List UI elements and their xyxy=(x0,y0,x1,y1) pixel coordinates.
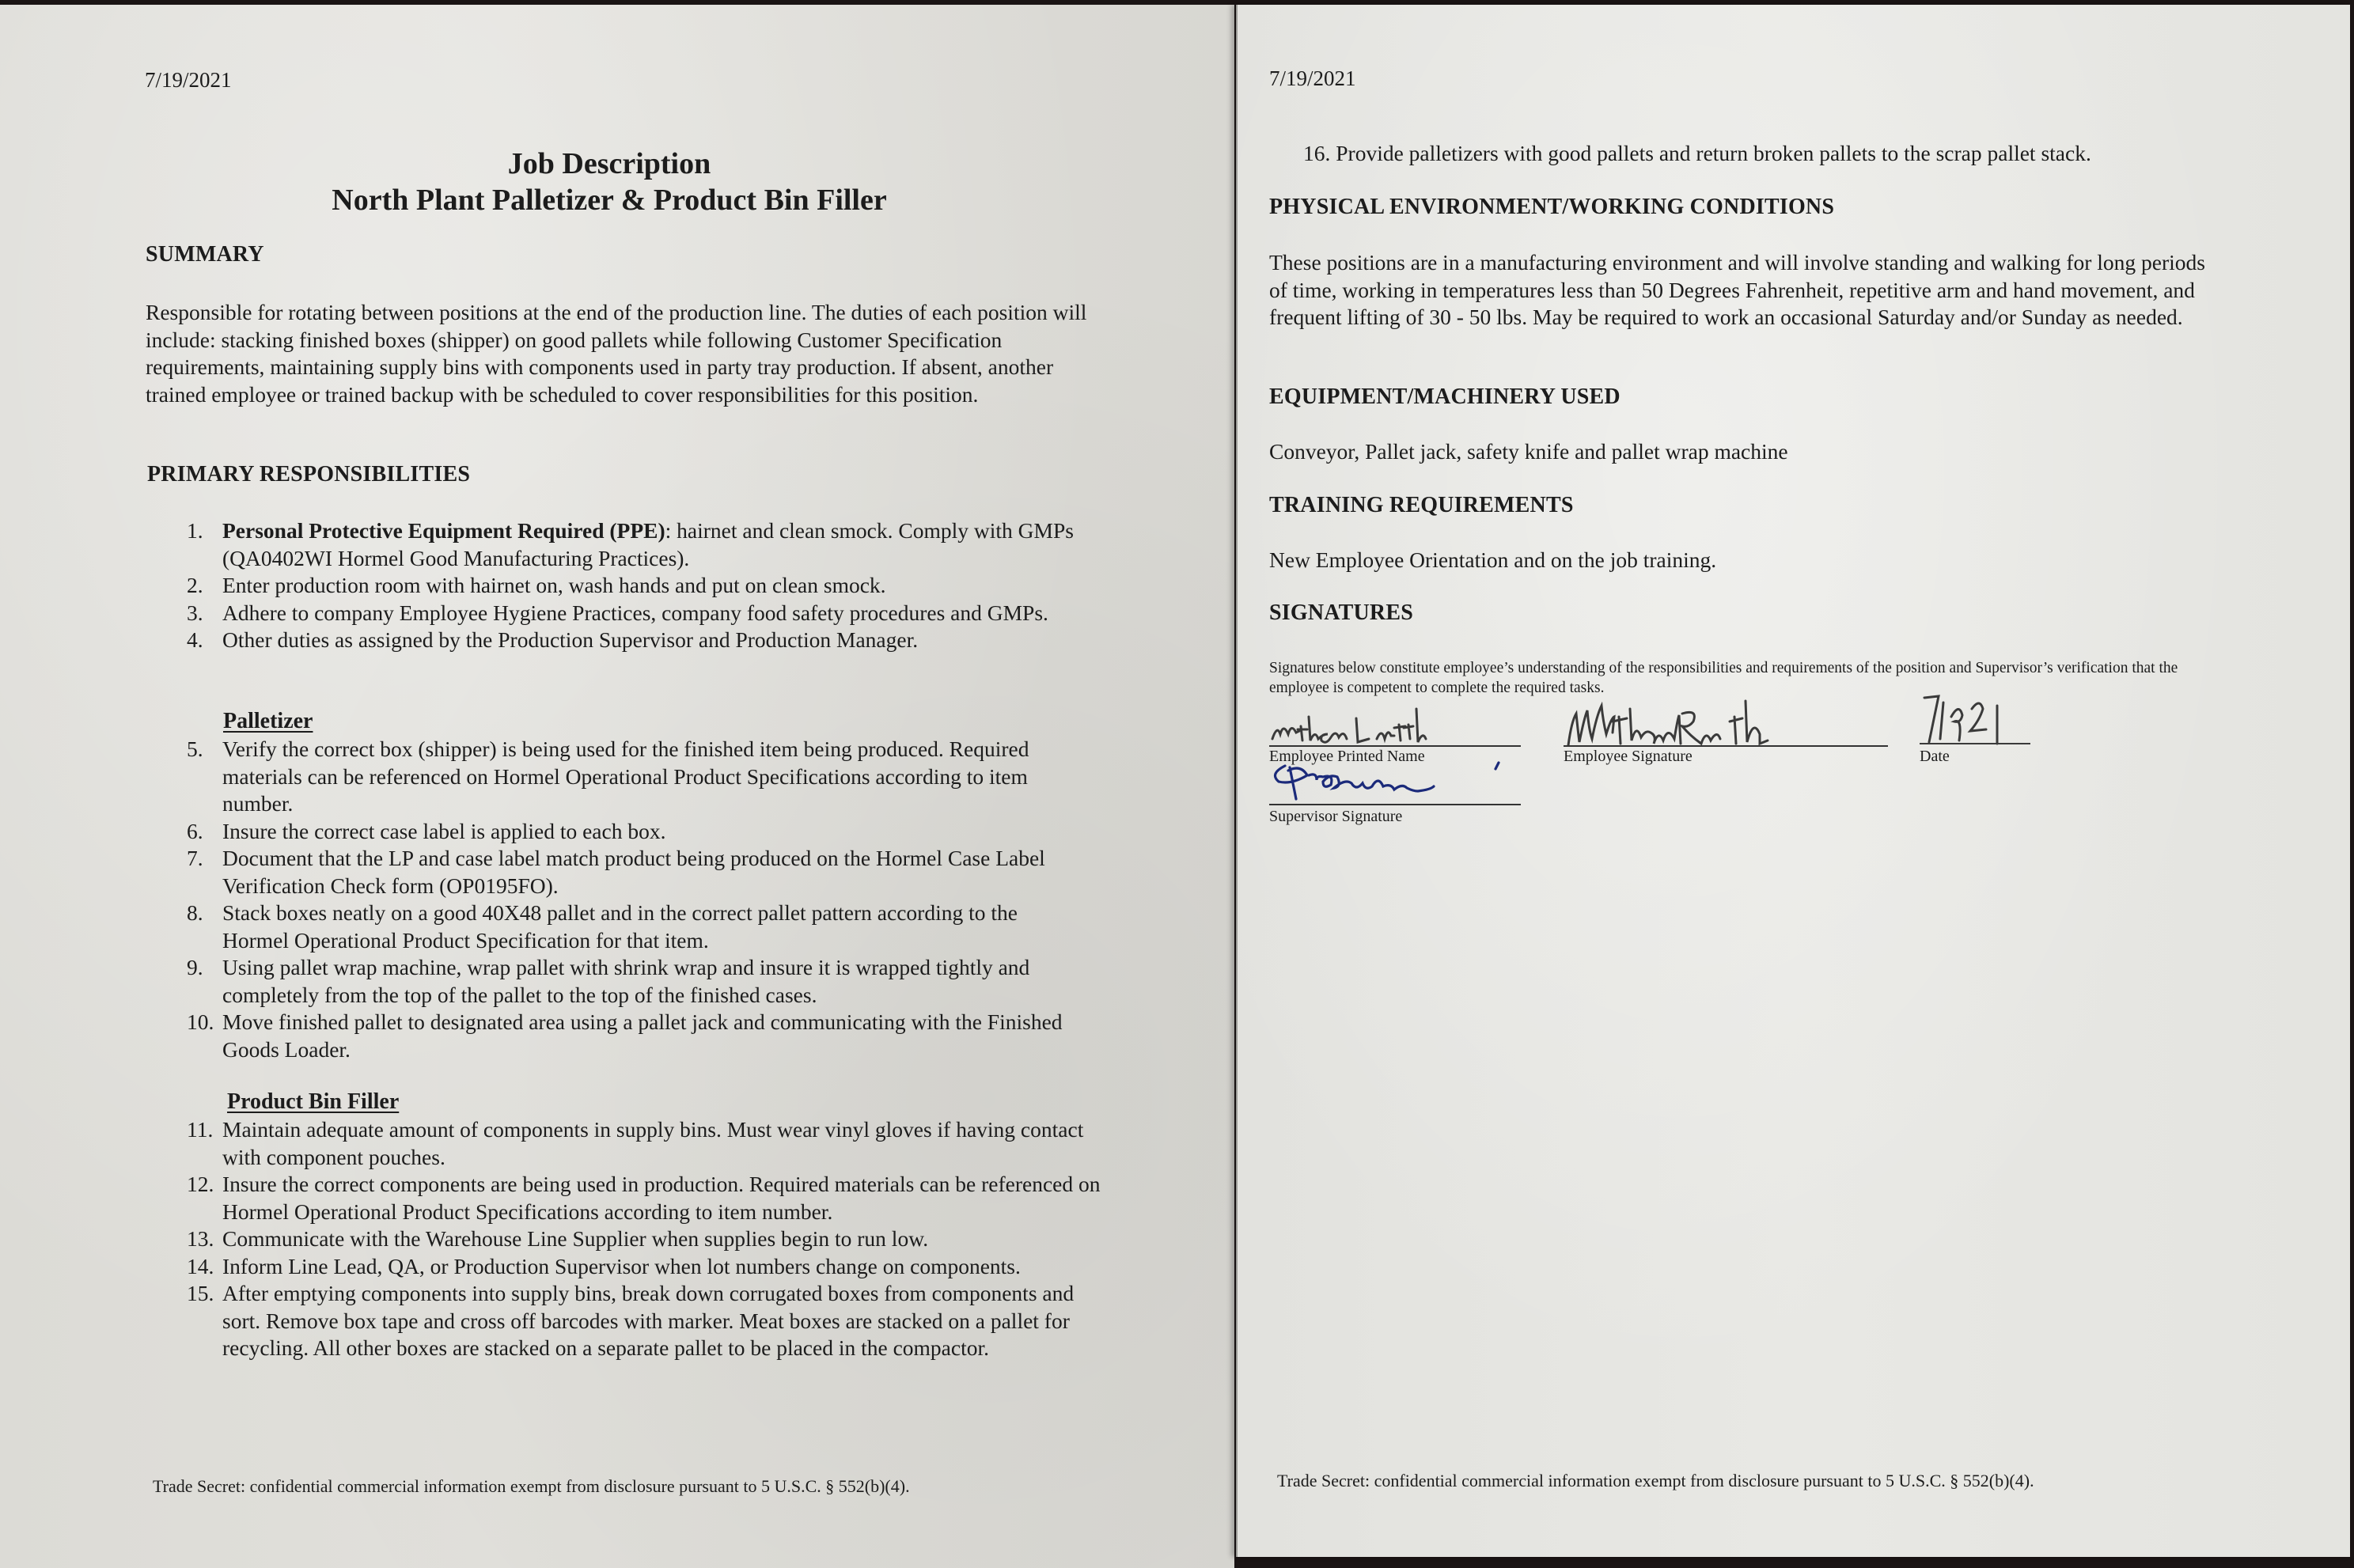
item-text: Move finished pallet to designated area … xyxy=(222,1009,1063,1062)
date-label: Date xyxy=(1920,748,1950,766)
responsibility-item: 3.Adhere to company Employee Hygiene Pra… xyxy=(187,600,1089,627)
responsibility-item: 4.Other duties as assigned by the Produc… xyxy=(187,627,1089,654)
summary-text: Responsible for rotating between positio… xyxy=(146,299,1103,408)
signatures-heading: SIGNATURES xyxy=(1269,600,1413,626)
item-number: 6. xyxy=(187,818,203,846)
document-subtitle: North Plant Palletizer & Product Bin Fil… xyxy=(0,182,1219,218)
responsibility-item-16: 16. Provide palletizers with good pallet… xyxy=(1303,141,2091,166)
item-number: 3. xyxy=(187,600,203,627)
bin-filler-responsibilities-list: 11.Maintain adequate amount of component… xyxy=(187,1116,1105,1362)
responsibility-item: 15.After emptying components into supply… xyxy=(187,1280,1105,1362)
employee-signature-label: Employee Signature xyxy=(1564,748,1693,766)
employee-printed-name-handwriting xyxy=(1269,701,1522,748)
responsibility-item: 10.Move finished pallet to designated ar… xyxy=(187,1009,1089,1063)
page-date: 7/19/2021 xyxy=(145,68,232,93)
item-text: Enter production room with hairnet on, w… xyxy=(222,573,886,597)
item-text: Stack boxes neatly on a good 40X48 palle… xyxy=(222,900,1018,953)
signatures-statement: Signatures below constitute employee’s u… xyxy=(1269,658,2219,698)
item-number: 15. xyxy=(187,1280,214,1308)
physical-environment-heading: PHYSICAL ENVIRONMENT/WORKING CONDITIONS xyxy=(1269,195,1834,220)
item-text: Verify the correct box (shipper) is bein… xyxy=(222,737,1029,816)
employee-signature-line xyxy=(1564,745,1888,747)
employee-printed-name-line xyxy=(1269,745,1521,747)
item-number: 12. xyxy=(187,1171,214,1199)
primary-responsibilities-heading: PRIMARY RESPONSIBILITIES xyxy=(147,462,470,487)
item-text: Insure the correct case label is applied… xyxy=(222,819,665,843)
bin-filler-subheading: Product Bin Filler xyxy=(227,1089,399,1116)
summary-heading: SUMMARY xyxy=(146,242,264,267)
item-text: Using pallet wrap machine, wrap pallet w… xyxy=(222,955,1029,1007)
item-number: 4. xyxy=(187,627,203,654)
trade-secret-footer: Trade Secret: confidential commercial in… xyxy=(1277,1471,2034,1491)
item-number: 1. xyxy=(187,517,203,545)
supervisor-signature-line xyxy=(1269,804,1521,805)
equipment-text: Conveyor, Pallet jack, safety knife and … xyxy=(1269,438,1788,466)
item-bold-text: Personal Protective Equipment Required (… xyxy=(222,518,665,543)
responsibility-item: 8.Stack boxes neatly on a good 40X48 pal… xyxy=(187,900,1089,954)
item-text: Provide palletizers with good pallets an… xyxy=(1336,141,2091,165)
item-number: 16. xyxy=(1303,141,1330,165)
item-number: 11. xyxy=(187,1116,213,1144)
item-number: 2. xyxy=(187,572,203,600)
responsibility-item: 13.Communicate with the Warehouse Line S… xyxy=(187,1225,1105,1253)
item-number: 13. xyxy=(187,1225,214,1253)
item-text: After emptying components into supply bi… xyxy=(222,1281,1074,1360)
responsibility-item: 2.Enter production room with hairnet on,… xyxy=(187,572,1089,600)
training-text: New Employee Orientation and on the job … xyxy=(1269,547,1716,574)
item-text: Adhere to company Employee Hygiene Pract… xyxy=(222,600,1048,625)
responsibility-item: 5.Verify the correct box (shipper) is be… xyxy=(187,736,1089,818)
item-text: Communicate with the Warehouse Line Supp… xyxy=(222,1226,928,1251)
item-text: Maintain adequate amount of components i… xyxy=(222,1117,1083,1169)
general-responsibilities-list: 1.Personal Protective Equipment Required… xyxy=(187,517,1089,654)
trade-secret-footer: Trade Secret: confidential commercial in… xyxy=(153,1476,910,1497)
item-text: Inform Line Lead, QA, or Production Supe… xyxy=(222,1254,1021,1278)
responsibility-item: 9.Using pallet wrap machine, wrap pallet… xyxy=(187,954,1089,1009)
responsibility-item: 6.Insure the correct case label is appli… xyxy=(187,818,1089,846)
document-page-2: 7/19/2021 16. Provide palletizers with g… xyxy=(1236,5,2350,1557)
supervisor-signature-label: Supervisor Signature xyxy=(1269,808,1402,826)
responsibility-item: 14.Inform Line Lead, QA, or Production S… xyxy=(187,1253,1105,1281)
document-title: Job Description xyxy=(0,146,1219,182)
responsibility-item: 1.Personal Protective Equipment Required… xyxy=(187,517,1089,572)
item-number: 10. xyxy=(187,1009,214,1036)
palletizer-subheading: Palletizer xyxy=(223,708,313,736)
item-number: 14. xyxy=(187,1253,214,1281)
palletizer-responsibilities-list: 5.Verify the correct box (shipper) is be… xyxy=(187,736,1089,1063)
page-date: 7/19/2021 xyxy=(1269,66,1356,91)
responsibility-item: 11.Maintain adequate amount of component… xyxy=(187,1116,1105,1171)
item-number: 8. xyxy=(187,900,203,927)
employee-signature-handwriting xyxy=(1564,693,1880,756)
handwritten-date xyxy=(1920,690,2038,747)
item-number: 7. xyxy=(187,845,203,873)
equipment-heading: EQUIPMENT/MACHINERY USED xyxy=(1269,384,1621,410)
responsibility-item: 7.Document that the LP and case label ma… xyxy=(187,845,1089,900)
document-page-1: 7/19/2021 Job Description North Plant Pa… xyxy=(0,5,1234,1568)
item-text: Other duties as assigned by the Producti… xyxy=(222,627,918,652)
item-text: Document that the LP and case label matc… xyxy=(222,846,1045,898)
physical-environment-text: These positions are in a manufacturing e… xyxy=(1269,249,2227,331)
supervisor-signature-handwriting xyxy=(1269,756,1538,804)
training-heading: TRAINING REQUIREMENTS xyxy=(1269,493,1574,518)
item-number: 5. xyxy=(187,736,203,763)
item-text: Insure the correct components are being … xyxy=(222,1172,1100,1224)
item-number: 9. xyxy=(187,954,203,982)
responsibility-item: 12.Insure the correct components are bei… xyxy=(187,1171,1105,1225)
